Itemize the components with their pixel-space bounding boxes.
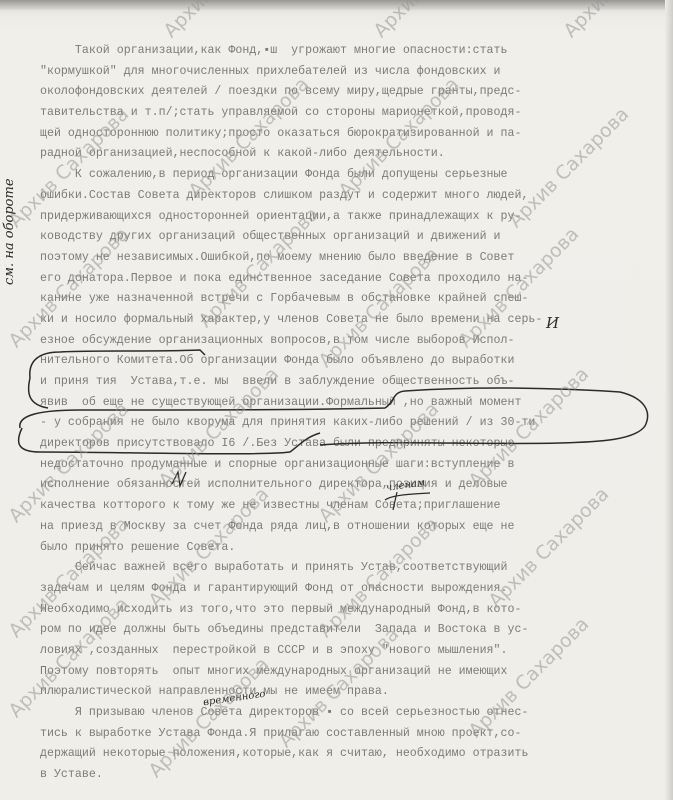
text-line: ки и носило формальный характер,у членов… — [40, 310, 660, 331]
text-line: директоров присутствовало I6 /.Без Устав… — [40, 434, 660, 455]
handwritten-letter-i: И — [546, 314, 559, 332]
text-line: недостаточно продуманные и спорные орган… — [40, 455, 660, 476]
text-line: держащий некоторые положения,которые,как… — [40, 744, 660, 765]
text-line: ководству других организаций общественны… — [40, 227, 660, 248]
text-line: Поэтому повторять опыт многих международ… — [40, 662, 660, 683]
text-line: околофондовских деятелей / поездки по вс… — [40, 82, 660, 103]
text-line: радной организацией,неспособной к какой-… — [40, 144, 660, 165]
typewritten-text: Такой организации,как Фонд,▪ш угрожают м… — [40, 41, 660, 786]
text-line: явив об еще не существующей организации.… — [40, 393, 660, 414]
text-line: плюралистической направленности мы не им… — [40, 682, 660, 703]
text-line: задачам и целям Фонда и гарантирующий Фо… — [40, 579, 660, 600]
text-line: его донатора.Первое и пока единственное … — [40, 269, 660, 290]
margin-note-see-reverse: см. на обороте — [2, 178, 17, 285]
text-line: было принято решение Совета. — [40, 538, 660, 559]
text-line: ром по идее должны быть объедины предста… — [40, 620, 660, 641]
text-line: на приезд в Москву за счет Фонда ряда ли… — [40, 517, 660, 538]
text-line: К сожалению,в период организации Фонда б… — [40, 165, 660, 186]
text-line: нительного Комитета.Об организации Фонда… — [40, 351, 660, 372]
text-line: поэтому не независимых.Ошибкой,по моему … — [40, 248, 660, 269]
text-line: тавительства и т.п/;стать управляемой со… — [40, 103, 660, 124]
text-line: исполнение обязанностей исполнительного … — [40, 475, 660, 496]
text-line: Необходимо исходить из того,что это перв… — [40, 600, 660, 621]
text-line: в Уставе. — [40, 765, 660, 786]
text-line: качества котторого к тому же не известны… — [40, 496, 660, 517]
text-line: Такой организации,как Фонд,▪ш угрожают м… — [40, 41, 660, 62]
text-line: Сейчас важней всего выработать и принять… — [40, 558, 660, 579]
text-line: "кормушкой" для многочисленных прихлебат… — [40, 62, 660, 83]
text-line: и приня тия Устава,т.е. мы ввели в заблу… — [40, 372, 660, 393]
scanned-page: Такой организации,как Фонд,▪ш угрожают м… — [0, 0, 673, 800]
page-right-edge — [665, 0, 673, 800]
text-line: ошибки.Состав Совета директоров слишком … — [40, 186, 660, 207]
text-line: тись к выработке Устава Фонда.Я прилагаю… — [40, 724, 660, 745]
text-line: Я призываю членов Совета директоров ▪ со… — [40, 703, 660, 724]
text-line: езное обсуждение организационных вопросо… — [40, 331, 660, 352]
text-line: ловиях ,созданных перестройкой в СССР и … — [40, 641, 660, 662]
page-top-shadow — [0, 0, 673, 10]
text-line: щей одностороннюю политику;просто оказат… — [40, 124, 660, 145]
text-line: придерживающихся односторонней ориентаци… — [40, 207, 660, 228]
text-line: канине уже назначенной встречи с Горбаче… — [40, 289, 660, 310]
text-line: - у собрания не было кворума для приняти… — [40, 413, 660, 434]
